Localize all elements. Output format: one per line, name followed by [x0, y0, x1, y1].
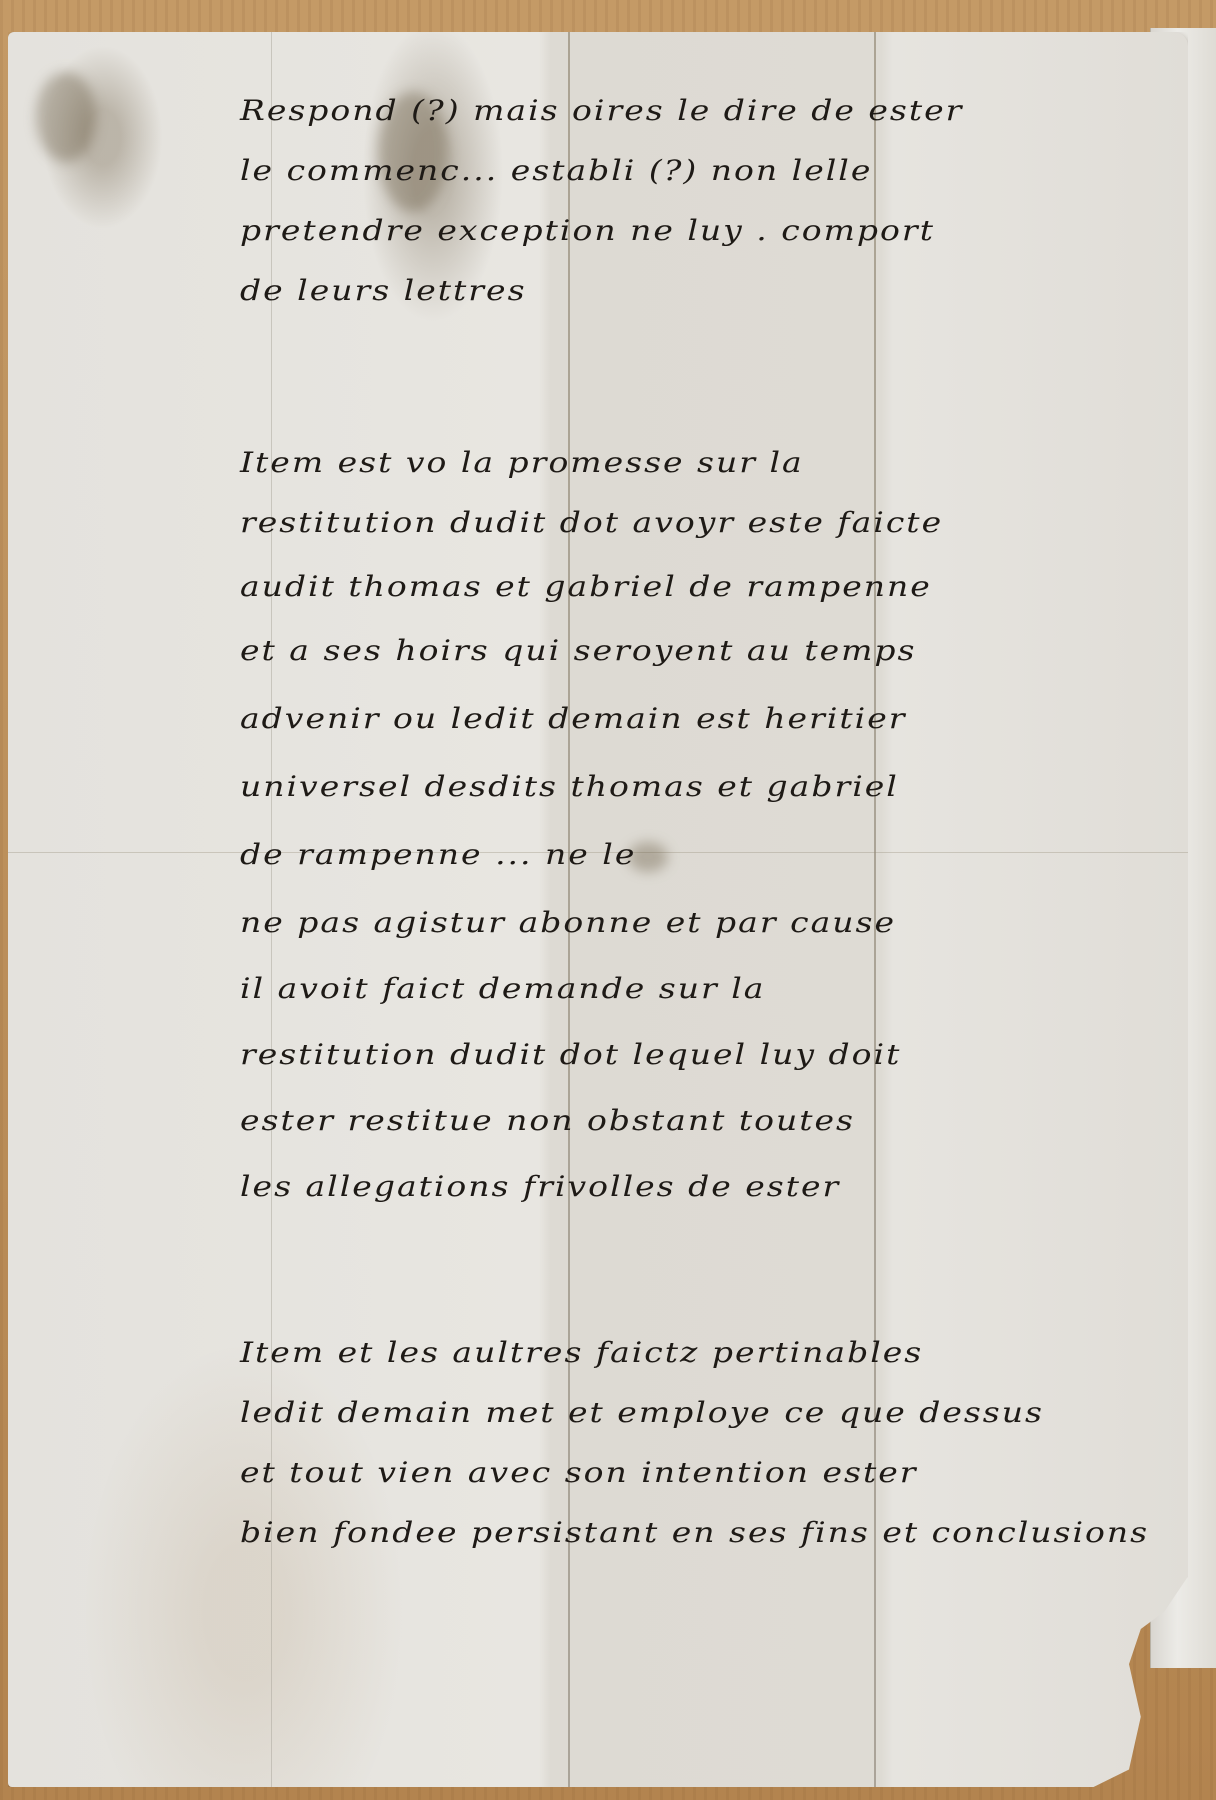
manuscript-line: et a ses hoirs qui seroyent au temps	[240, 634, 916, 667]
manuscript-line: il avoit faict demande sur la	[240, 972, 765, 1005]
manuscript-line: ledit demain met et employe ce que dessu…	[240, 1396, 1044, 1429]
ink-stain	[36, 72, 96, 162]
manuscript-line: bien fondee persistant en ses fins et co…	[240, 1516, 1149, 1549]
manuscript-line: de leurs lettres	[240, 274, 527, 307]
manuscript-line: Item et les aultres faictz pertinables	[240, 1336, 923, 1369]
manuscript-line: et tout vien avec son intention ester	[240, 1456, 918, 1489]
manuscript-line: de rampenne ... ne le	[240, 838, 636, 871]
manuscript-line: universel desdits thomas et gabriel	[240, 770, 899, 803]
manuscript-line: advenir ou ledit demain est heritier	[240, 702, 907, 735]
manuscript-line: restitution dudit dot avoyr este faicte	[240, 506, 943, 539]
manuscript-line: les allegations frivolles de ester	[240, 1170, 840, 1203]
manuscript-line: le commenc... establi (?) non lelle	[240, 154, 872, 187]
manuscript-line: restitution dudit dot lequel luy doit	[240, 1038, 901, 1071]
manuscript-line: audit thomas et gabriel de rampenne	[240, 570, 932, 603]
manuscript-line: Respond (?) mais oires le dire de ester	[240, 94, 963, 127]
manuscript-line: Item est vo la promesse sur la	[240, 446, 804, 479]
manuscript-line: ester restitue non obstant toutes	[240, 1104, 855, 1137]
manuscript-line: ne pas agistur abonne et par cause	[240, 906, 896, 939]
manuscript-line: pretendre exception ne luy . comport	[240, 214, 935, 247]
